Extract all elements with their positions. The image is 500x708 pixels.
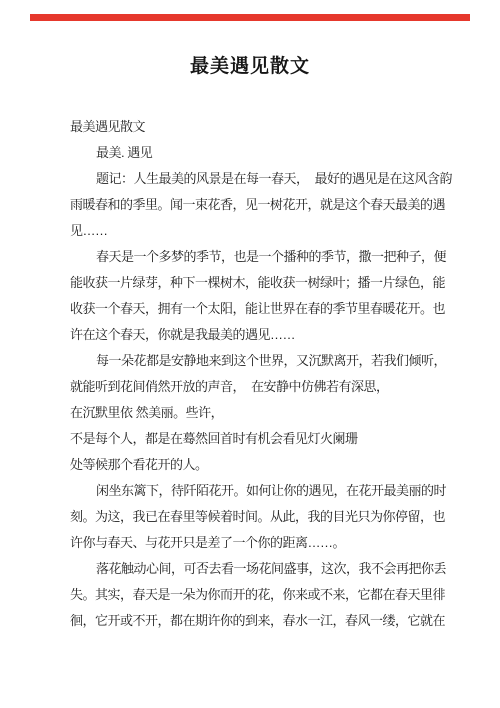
text-line: 许你与春天、与花开只是差了一个你的距离……。 [70, 530, 452, 556]
text-line: 见…… [70, 218, 452, 244]
text-line: 失。其实，春天是一朵为你而开的花，你来或不来，它都在春天里徘 [70, 582, 452, 608]
text-line: 每一朵花都是安静地来到这个世界，又沉默离开，若我们倾听， [70, 348, 452, 374]
text-line: 落花触动心间，可否去看一场花间盛事，这次，我不会再把你丢 [70, 556, 452, 582]
text-line: 雨暖春和的季里。闻一束花香，见一树花开，就是这个春天最美的遇 [70, 192, 452, 218]
text-line: 能收获一片绿芽，种下一棵树木，能收获一树绿叶；播一片绿色，能 [70, 270, 452, 296]
text-line: 收获一个春天，拥有一个太阳，能让世界在春的季节里春暖花开。也 [70, 296, 452, 322]
text-line: 题记：人生最美的风景是在每一春天， 最好的遇见是在这风含韵 [70, 166, 452, 192]
text-line: 在沉默里依 然美丽。些许， [70, 400, 452, 426]
text-line: 就能听到花间俏然开放的声音， 在安静中仿佛若有深思， [70, 374, 452, 400]
text-line: 刻。为这，我已在春里等候着时间。从此，我的目光只为你停留，也 [70, 504, 452, 530]
top-accent-rule [30, 14, 470, 21]
text-line: 最美. 遇见 [70, 140, 452, 166]
essay-body: 最美遇见散文最美. 遇见题记：人生最美的风景是在每一春天， 最好的遇见是在这风含… [70, 114, 452, 634]
text-line: 最美遇见散文 [70, 114, 452, 140]
text-line: 许在这个春天，你就是我最美的遇见…… [70, 322, 452, 348]
text-line: 不是每个人，都是在蓦然回首时有机会看见灯火阑珊 [70, 426, 452, 452]
text-line: 春天是一个多梦的季节，也是一个播种的季节，撒一把种子，便 [70, 244, 452, 270]
page-title: 最美遇见散文 [0, 55, 500, 79]
text-line: 徊，它开或不开，都在期许你的到来，春水一江，春风一缕，它就在 [70, 608, 452, 634]
text-line: 处等候那个看花开的人。 [70, 452, 452, 478]
document-page: 最美遇见散文 最美遇见散文最美. 遇见题记：人生最美的风景是在每一春天， 最好的… [0, 0, 500, 708]
text-line: 闲坐东篱下，待阡陌花开。如何让你的遇见，在花开最美丽的时 [70, 478, 452, 504]
